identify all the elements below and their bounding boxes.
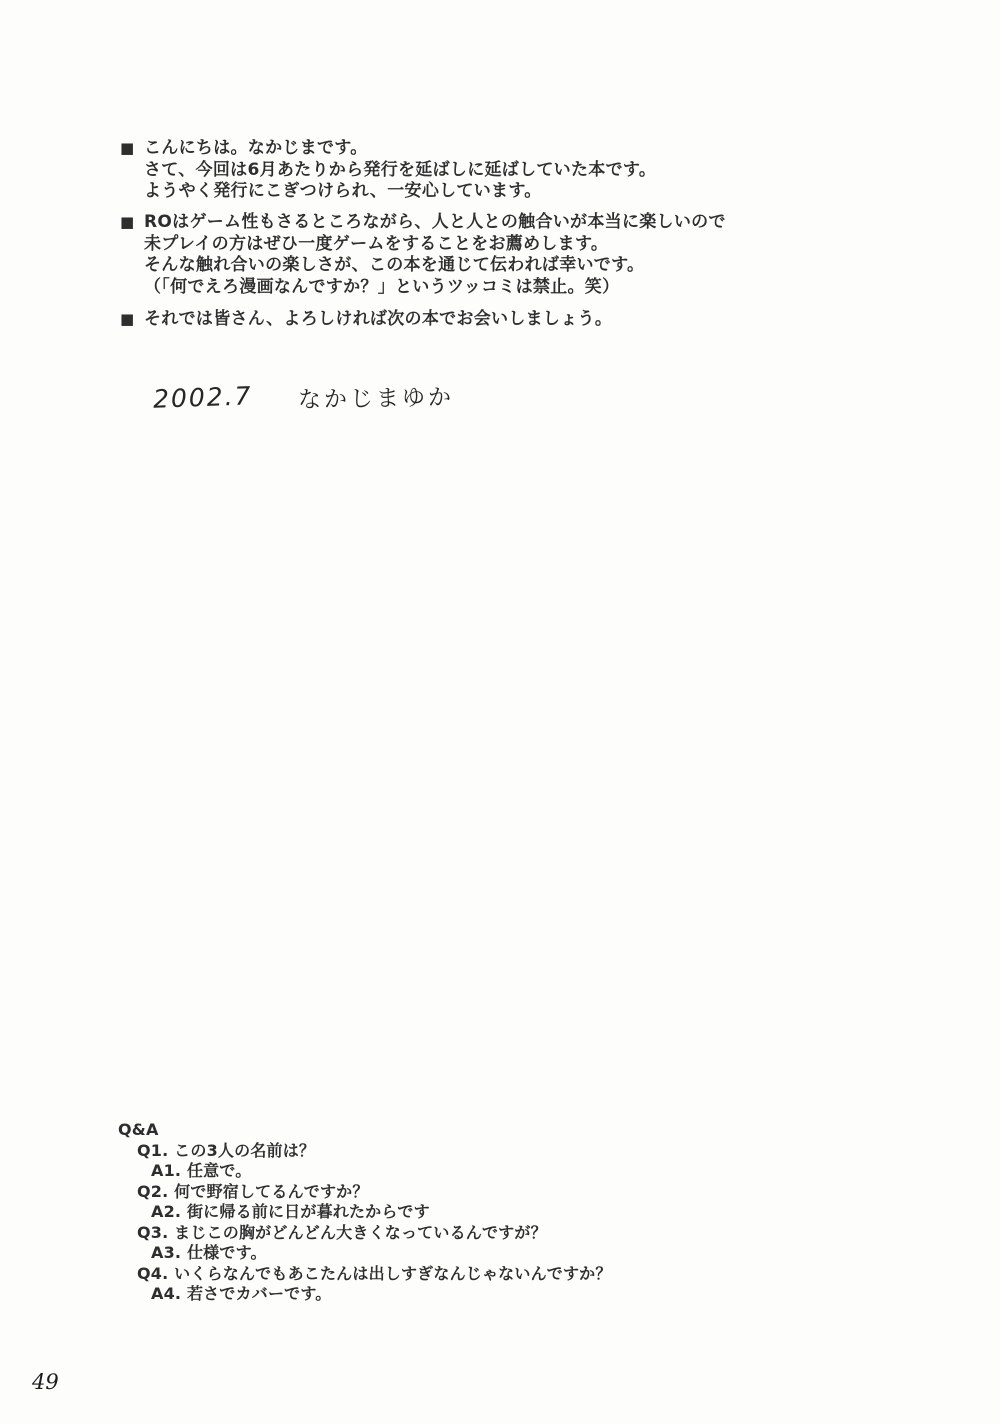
square-bullet-icon: ■	[120, 138, 134, 160]
qa-question: Q4. いくらなんでもあこたんは出しすぎなんじゃないんですか？	[137, 1264, 612, 1285]
qa-answer: A2. 街に帰る前に日が暮れたからです	[151, 1202, 612, 1223]
afterword-line: ROはゲーム性もさるところながら、人と人との触合いが本当に楽しいので	[144, 212, 726, 234]
signature-name: なかじまゆか	[298, 379, 455, 415]
qa-answer: A1. 任意で。	[151, 1161, 612, 1182]
afterword-line: さて、今回は6月あたりから発行を延ばしに延ばしていた本です。	[144, 160, 656, 182]
qa-item: Q3. まじこの胸がどんどん大きくなっているんですが？ A3. 仕様です。	[118, 1223, 612, 1264]
square-bullet-icon: ■	[120, 212, 134, 234]
afterword-line: こんにちは。なかじまです。	[144, 138, 656, 160]
afterword-line: それでは皆さん、よろしければ次の本でお会いしましょう。	[144, 309, 612, 331]
afterword-paragraph-greeting: ■ こんにちは。なかじまです。 さて、今回は6月あたりから発行を延ばしに延ばして…	[120, 138, 656, 203]
qa-section: Q&A Q1. この3人の名前は？ A1. 任意で。 Q2. 何で野宿してるんで…	[118, 1120, 612, 1305]
qa-question: Q3. まじこの胸がどんどん大きくなっているんですが？	[137, 1223, 612, 1244]
scanned-page: ■ こんにちは。なかじまです。 さて、今回は6月あたりから発行を延ばしに延ばして…	[0, 0, 1000, 1424]
signature-block: 2002.7 なかじまゆか	[153, 380, 454, 413]
afterword-line: ようやく発行にこぎつけられ、一安心しています。	[144, 181, 656, 203]
qa-item: Q4. いくらなんでもあこたんは出しすぎなんじゃないんですか？ A4. 若さでカ…	[118, 1264, 612, 1305]
afterword-paragraph-game: ■ ROはゲーム性もさるところながら、人と人との触合いが本当に楽しいので 未プレ…	[120, 212, 726, 298]
qa-title: Q&A	[118, 1120, 612, 1141]
qa-answer: A4. 若さでカバーです。	[151, 1284, 612, 1305]
qa-question: Q1. この3人の名前は？	[137, 1141, 612, 1162]
qa-answer: A3. 仕様です。	[151, 1243, 612, 1264]
afterword-line: 未プレイの方はぜひ一度ゲームをすることをお薦めします。	[144, 234, 726, 256]
page-number: 49	[32, 1370, 59, 1394]
afterword-line: そんな触れ合いの楽しさが、この本を通じて伝われば幸いです。	[144, 255, 726, 277]
signature-date: 2002.7	[153, 381, 253, 413]
afterword-paragraph-farewell: ■ それでは皆さん、よろしければ次の本でお会いしましょう。	[120, 309, 612, 331]
afterword-line: （「何でえろ漫画なんですか？」というツッコミは禁止。笑）	[144, 277, 726, 299]
qa-question: Q2. 何で野宿してるんですか？	[137, 1182, 612, 1203]
qa-item: Q2. 何で野宿してるんですか？ A2. 街に帰る前に日が暮れたからです	[118, 1182, 612, 1223]
square-bullet-icon: ■	[120, 309, 134, 331]
qa-item: Q1. この3人の名前は？ A1. 任意で。	[118, 1141, 612, 1182]
